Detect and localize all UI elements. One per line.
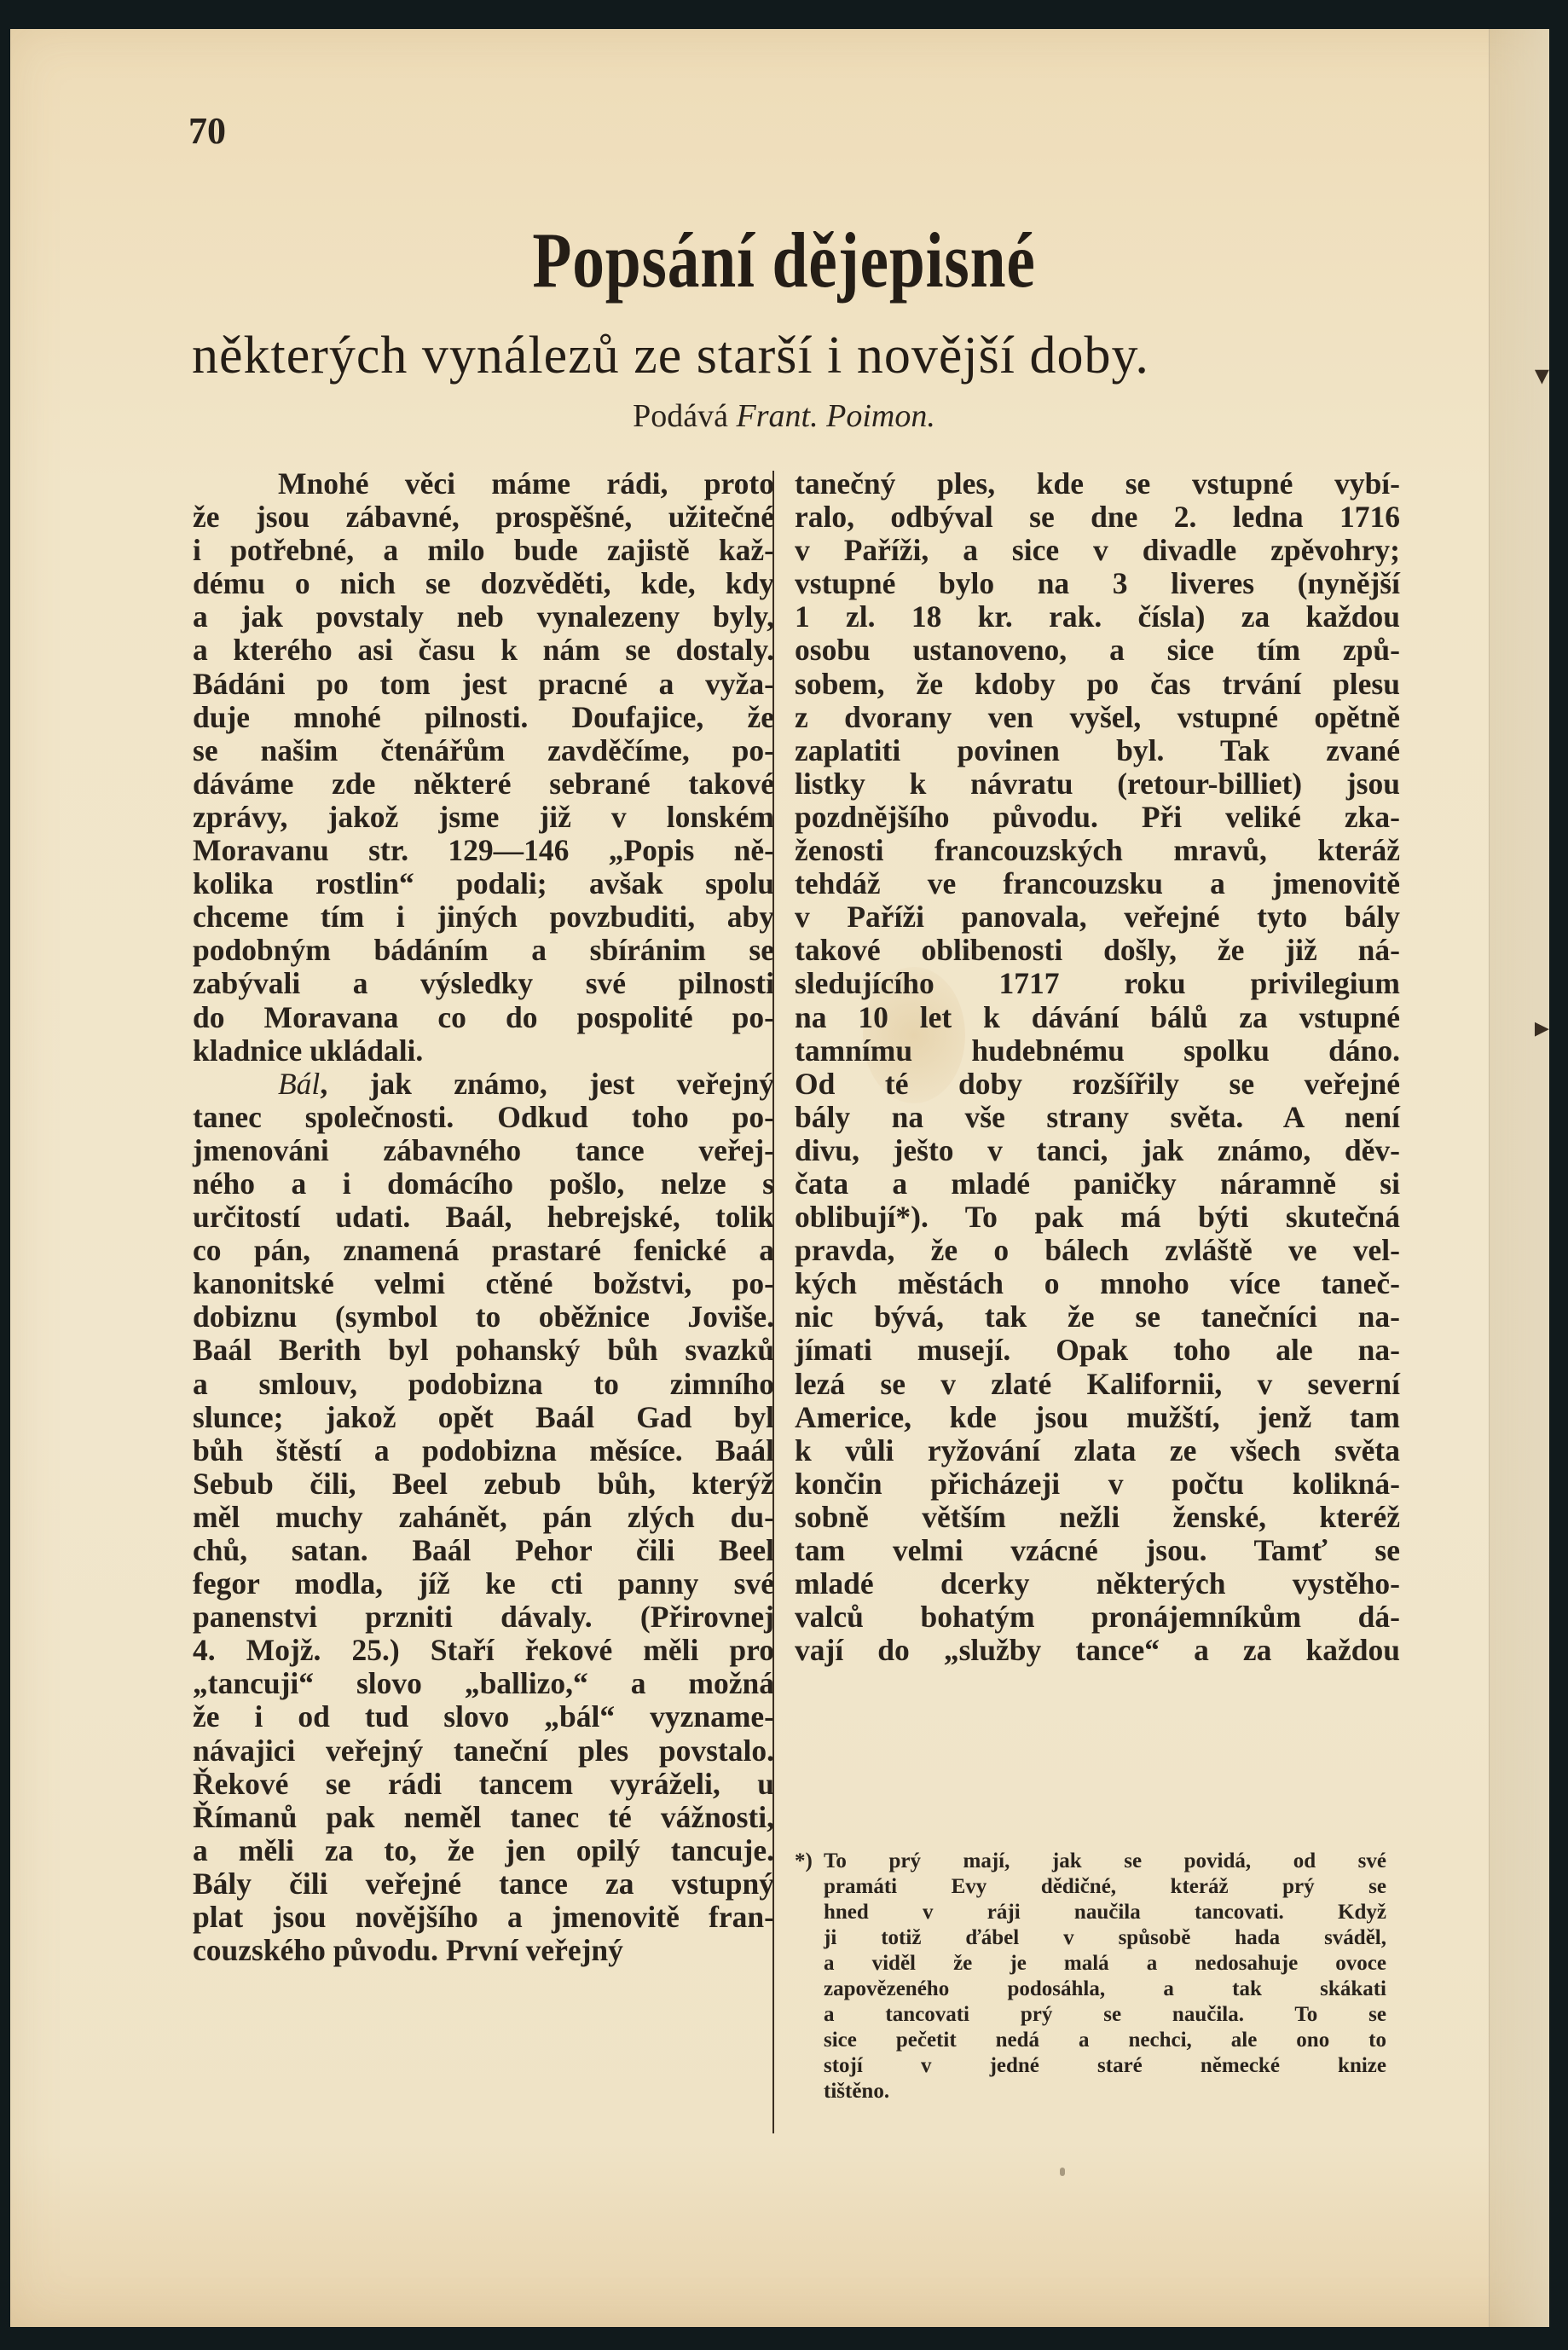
text-line: tehdáž ve francouzsku a jmenovitě (795, 867, 1400, 900)
text-line: ralo, odbýval se dne 2. ledna 1716 (795, 501, 1400, 534)
text-line: dobiznu (symbol to oběžnice Joviše. (193, 1300, 774, 1334)
text-line: bály na vše strany světa. A není (795, 1101, 1400, 1134)
text-line: vstupné bylo na 3 liveres (nynější (795, 567, 1400, 600)
text-line: tanečný ples, kde se vstupné vybí- (795, 467, 1400, 501)
text-line: kých městách o mnoho více taneč- (795, 1267, 1400, 1300)
byline-author: Frant. Poimon. (737, 398, 935, 434)
footnote: *) To prý mají, jak se povidá, od svépra… (824, 1849, 1386, 2104)
text-line: mladé dcerky některých vystěho- (795, 1567, 1400, 1600)
bleed-through-mark: ▾ (1535, 358, 1549, 392)
page-number: 70 (188, 109, 226, 153)
footnote-line: zapovězeného podosáhla, a tak skákati (824, 1977, 1386, 2002)
article-subtitle: některých vynálezů ze starší i novější d… (192, 326, 1149, 386)
text-line: duje mnohé pilnosti. Doufajice, že (193, 701, 774, 734)
text-line: panenstvi przniti dávaly. (Přirovnej (193, 1600, 774, 1634)
byline: Podává Frant. Poimon. (0, 397, 1568, 435)
bleed-through-mark: ▸ (1535, 1010, 1549, 1045)
text-line: se našim čtenářům zavděčíme, po- (193, 734, 774, 767)
text-line: dému o nich se dozvěděti, kde, kdy (193, 567, 774, 600)
text-line: plat jsou novějšího a jmenovitě fran- (193, 1901, 774, 1934)
text-line: „tancuji“ slovo „ballizo,“ a možná (193, 1667, 774, 1700)
footnote-mark: *) (795, 1849, 813, 1874)
text-line: a jak povstaly neb vynalezeny byly, (193, 600, 774, 634)
text-line: co pán, znamená prastaré fenické a (193, 1234, 774, 1267)
text-line: 4. Mojž. 25.) Staří řekové měli pro (193, 1634, 774, 1667)
text-line: určitostí udati. Baál, hebrejské, tolik (193, 1201, 774, 1234)
left-column: Mnohé věci máme rádi, protože jsou zábav… (193, 467, 774, 1967)
text-line: návajici veřejný taneční ples povstalo. (193, 1734, 774, 1768)
text-line: na 10 let k dávání bálů za vstupné (795, 1001, 1400, 1034)
text-line: Sebub čili, Beel zebub bůh, kterýž (193, 1467, 774, 1501)
text-line: Bádáni po tom jest pracné a vyža- (193, 668, 774, 701)
footnote-line: stojí v jedné staré německé knize (824, 2053, 1386, 2079)
text-line: lezá se v zlaté Kalifornii, v severní (795, 1368, 1400, 1401)
footnote-line: sice pečetit nedá a nechci, ale ono to (824, 2028, 1386, 2053)
footnote-line: a tancovati prý se naučila. To se (824, 2002, 1386, 2028)
text-line: 1 zl. 18 kr. rak. čísla) za každou (795, 600, 1400, 634)
text-line: tanec společnosti. Odkud toho po- (193, 1101, 774, 1134)
text-line: sledujícího 1717 roku privilegium (795, 967, 1400, 1000)
text-line: pozdnějšího původu. Při veliké zka- (795, 801, 1400, 834)
footnote-line: a viděl že je malá a nedosahuje ovoce (824, 1951, 1386, 1977)
footnote-line: To prý mají, jak se povidá, od své (824, 1849, 1386, 1874)
text-line: zabývali a výsledky své pilnosti (193, 967, 774, 1000)
text-line: zprávy, jakož jsme již v lonském (193, 801, 774, 834)
text-line: Americe, kde jsou mužští, jenž tam (795, 1401, 1400, 1434)
text-line: v Paříži panovala, veřejné tyto bály (795, 900, 1400, 934)
text-line: bůh štěstí a podobizna měsíce. Baál (193, 1434, 774, 1467)
text-line: že jsou zábavné, prospěšné, užitečné (193, 501, 774, 534)
text-line: Římanů pak neměl tanec té vážnosti, (193, 1801, 774, 1834)
text-line: listky k návratu (retour-billiet) jsou (795, 767, 1400, 801)
article-title: Popsání dějepisné (142, 215, 1427, 305)
footnote-line: tištěno. (824, 2079, 1386, 2104)
text-line: a smlouv, podobizna to zimního (193, 1368, 774, 1401)
text-line: ženosti francouzských mravů, kteráž (795, 834, 1400, 867)
ink-speck (1060, 2168, 1065, 2176)
text-line: fegor modla, jíž ke cti panny své (193, 1567, 774, 1600)
text-line: Řekové se rádi tancem vyráželi, u (193, 1768, 774, 1801)
text-line: valců bohatým pronájemníkům dá- (795, 1600, 1400, 1634)
text-line: tamnímu hudebnému spolku dáno. (795, 1034, 1400, 1068)
text-line: do Moravana co do pospolité po- (193, 1001, 774, 1034)
text-line: v Paříži, a sice v divadle zpěvohry; (795, 534, 1400, 567)
text-line: oblibují*). To pak má býti skutečná (795, 1201, 1400, 1234)
right-column: tanečný ples, kde se vstupné vybí-ralo, … (795, 467, 1400, 1667)
italic-term: Bál (278, 1067, 320, 1101)
text-line: dáváme zde některé sebrané takové (193, 767, 774, 801)
text-line: pravda, že o bálech zvláště ve vel- (795, 1234, 1400, 1267)
text-line: Baál Berith byl pohanský bůh svazků (193, 1334, 774, 1367)
text-line: vají do „služby tance“ a za každou (795, 1634, 1400, 1667)
text-line: chů, satan. Baál Pehor čili Beel (193, 1534, 774, 1567)
text-line: končin přicházeji v počtu kolikná- (795, 1467, 1400, 1501)
text-line: kolika rostlin“ podali; avšak spolu (193, 867, 774, 900)
text-line: že i od tud slovo „bál“ vyzname- (193, 1700, 774, 1734)
text-line: osobu ustanoveno, a sice tím způ- (795, 634, 1400, 667)
text-line: ného a i domácího pošlo, nelze s (193, 1167, 774, 1201)
text-line: jímati musejí. Opak toho ale na- (795, 1334, 1400, 1367)
text-line: Mnohé věci máme rádi, proto (193, 467, 774, 501)
text-line: tam velmi vzácné jsou. Tamť se (795, 1534, 1400, 1567)
text-line: Bály čili veřejné tance za vstupný (193, 1867, 774, 1901)
text-line: a kterého asi času k nám se dostaly. (193, 634, 774, 667)
text-line: podobným bádáním a sbíránim se (193, 934, 774, 967)
text-line: Bál, jak známo, jest veřejný (193, 1068, 774, 1101)
text-line: Moravanu str. 129—146 „Popis ně- (193, 834, 774, 867)
text-line: i potřebné, a milo bude zajistě kaž- (193, 534, 774, 567)
text-line: divu, ješto v tanci, jak známo, děv- (795, 1134, 1400, 1167)
footnote-line: hned v ráji naučila tancovati. Když (824, 1900, 1386, 1925)
text-line: Od té doby rozšířily se veřejné (795, 1068, 1400, 1101)
text-line: jmenováni zábavného tance veřej- (193, 1134, 774, 1167)
text-line: k vůli ryžování zlata ze všech světa (795, 1434, 1400, 1467)
text-line: a měli za to, že jen opilý tancuje. (193, 1834, 774, 1867)
text-line: takové oblibenosti došly, že již ná- (795, 934, 1400, 967)
text-line: slunce; jakož opět Baál Gad byl (193, 1401, 774, 1434)
text-line: sobně větším nežli ženské, kteréž (795, 1501, 1400, 1534)
text-line: sobem, že kdoby po čas trvání plesu (795, 668, 1400, 701)
column-divider (772, 471, 774, 2133)
text-line: nic bývá, tak že se tanečníci na- (795, 1300, 1400, 1334)
text-line: z dvorany ven vyšel, vstupné opětně (795, 701, 1400, 734)
text-line: kanonitské velmi ctěné božstvi, po- (193, 1267, 774, 1300)
text-line: zaplatiti povinen byl. Tak zvané (795, 734, 1400, 767)
text-line: čata a mladé paničky náramně si (795, 1167, 1400, 1201)
text-line: měl muchy zahánět, pán zlých du- (193, 1501, 774, 1534)
footnote-line: pramáti Evy dědičné, kteráž prý se (824, 1874, 1386, 1900)
footnote-line: ji totiž ďábel v spůsobě hada sváděl, (824, 1925, 1386, 1951)
text-line: chceme tím i jiných povzbuditi, aby (193, 900, 774, 934)
byline-prefix: Podává (633, 398, 728, 434)
text-line: couzského původu. První veřejný (193, 1934, 774, 1967)
text-line: kladnice ukládali. (193, 1034, 774, 1068)
